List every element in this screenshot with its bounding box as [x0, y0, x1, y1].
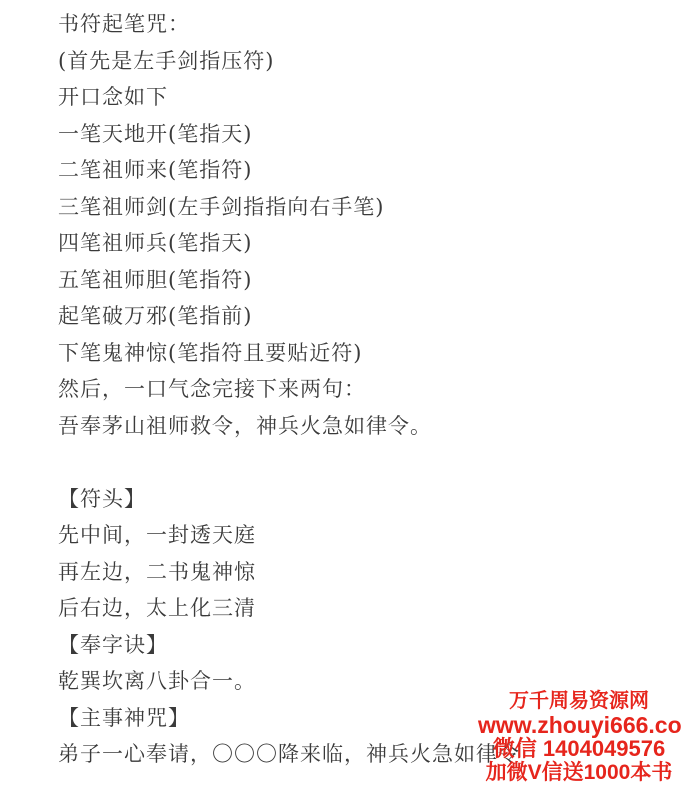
- text-line: 再左边，二书鬼神惊: [58, 554, 658, 591]
- watermark-wechat-id: 微信 1404049576: [478, 737, 680, 761]
- watermark: 万千周易资源网 www.zhouyi666.com 微信 1404049576 …: [478, 690, 680, 785]
- text-line: 开口念如下: [58, 79, 658, 116]
- watermark-url: www.zhouyi666.com: [478, 713, 680, 737]
- text-line: 先中间，一封透天庭: [58, 517, 658, 554]
- text-line-title: 书符起笔咒：: [58, 6, 658, 43]
- text-line: 起笔破万邪(笔指前): [58, 298, 658, 335]
- text-line: 一笔天地开(笔指天): [58, 116, 658, 153]
- text-line: 五笔祖师胆(笔指符): [58, 262, 658, 299]
- text-line: 二笔祖师来(笔指符): [58, 152, 658, 189]
- text-line-blank: [58, 444, 658, 481]
- text-line: 然后，一口气念完接下来两句：: [58, 371, 658, 408]
- text-line: 四笔祖师兵(笔指天): [58, 225, 658, 262]
- text-line: (首先是左手剑指压符): [58, 43, 658, 80]
- body-text: 书符起笔咒： (首先是左手剑指压符) 开口念如下 一笔天地开(笔指天) 二笔祖师…: [58, 6, 658, 773]
- watermark-promo: 加微V信送1000本书: [478, 761, 680, 785]
- document-page: 书符起笔咒： (首先是左手剑指压符) 开口念如下 一笔天地开(笔指天) 二笔祖师…: [0, 0, 682, 787]
- watermark-site-name: 万千周易资源网: [478, 690, 680, 713]
- text-line: 三笔祖师剑(左手剑指指向右手笔): [58, 189, 658, 226]
- section-heading-fengzijue: 【奉字诀】: [58, 627, 658, 664]
- section-heading-futou: 【符头】: [58, 481, 658, 518]
- text-line: 下笔鬼神惊(笔指符且要贴近符): [58, 335, 658, 372]
- text-line: 后右边，太上化三清: [58, 590, 658, 627]
- text-line: 吾奉茅山祖师救令，神兵火急如律令。: [58, 408, 658, 445]
